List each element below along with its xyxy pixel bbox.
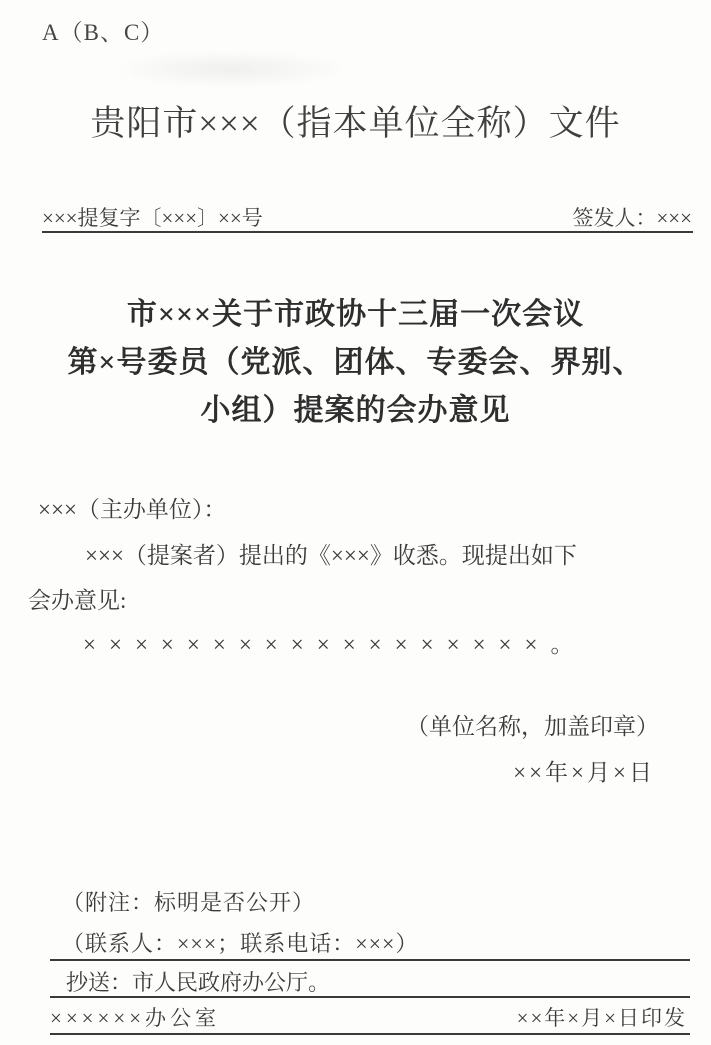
doc-title-line3: 小组）提案的会办意见 bbox=[0, 387, 711, 435]
body-salutation: ×××（主办单位）： bbox=[38, 491, 226, 524]
body-placeholder-line: ××××××××××××××××××。 bbox=[83, 626, 586, 659]
doc-title-line1: 市×××关于市政协十三届一次会议 bbox=[0, 291, 711, 339]
footer-rule-bottom bbox=[50, 1033, 690, 1035]
note-disclosure: （附注：标明是否公开） bbox=[62, 886, 315, 917]
body-paragraph-line2: 会办意见: bbox=[28, 582, 126, 615]
issuer-label: 签发人：××× bbox=[572, 202, 692, 232]
classification-code: A（B、C） bbox=[42, 14, 164, 47]
copy-to-line: 抄送：市人民政府办公厅。 bbox=[66, 966, 330, 997]
print-date: ××年×月×日印发 bbox=[517, 1002, 687, 1032]
signature-date: ××年×月×日 bbox=[513, 754, 655, 787]
signature-unit: （单位名称，加盖印章） bbox=[406, 708, 659, 741]
doc-title: 市×××关于市政协十三届一次会议 第×号委员（党派、团体、专委会、界别、 小组）… bbox=[0, 291, 711, 435]
doc-number-row: ×××提复字〔×××〕××号 签发人：××× bbox=[42, 202, 692, 232]
scan-smudge-artifact bbox=[120, 52, 340, 86]
doc-number: ×××提复字〔×××〕××号 bbox=[42, 202, 263, 232]
note-contact: （联系人：×××；联系电话：×××） bbox=[62, 927, 418, 958]
header-separator-rule bbox=[42, 231, 693, 233]
issuing-office: ××××××办公室 bbox=[50, 1002, 220, 1032]
body-paragraph-line1: ×××（提案者）提出的《×××》收悉。现提出如下 bbox=[85, 537, 577, 570]
doc-title-line2: 第×号委员（党派、团体、专委会、界别、 bbox=[0, 339, 711, 387]
official-document-page: A（B、C） 贵阳市×××（指本单位全称）文件 ×××提复字〔×××〕××号 签… bbox=[0, 0, 711, 1045]
footer-rule-top bbox=[50, 959, 690, 961]
document-header-title: 贵阳市×××（指本单位全称）文件 bbox=[0, 96, 711, 146]
footer-rule-middle bbox=[50, 996, 690, 998]
